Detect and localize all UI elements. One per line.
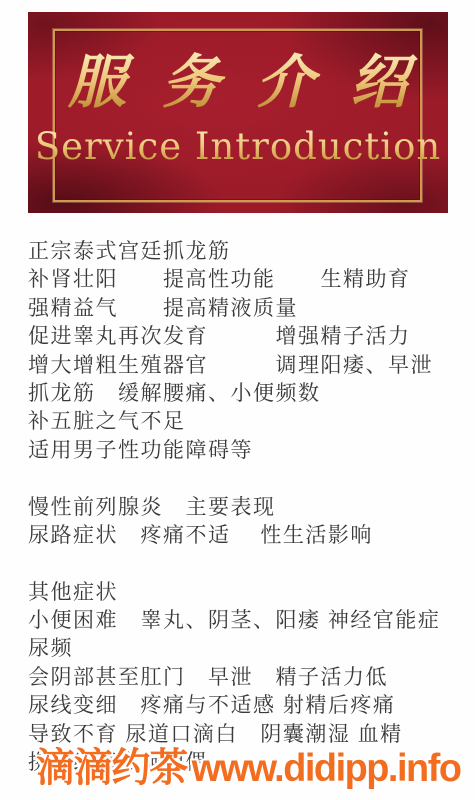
service-text-line: 小便困难 睾丸、阴茎、阳痿 神经官能症 <box>28 607 469 635</box>
banner-title-english: Service Introduction <box>28 126 448 168</box>
service-text-line: 正宗泰式宫廷抓龙筋 <box>28 238 469 266</box>
service-text-line: 抓龙筋 缓解腰痛、小便频数 <box>28 380 469 408</box>
watermark-url-text: www.didipp.info <box>192 747 461 790</box>
service-text-line: 强精益气 提高精液质量 <box>28 295 469 323</box>
service-intro-banner: 服务介绍 Service Introduction <box>28 12 448 213</box>
watermark: 滴滴约茶 www.didipp.info <box>36 744 460 793</box>
service-text-line: 适用男子性功能障碍等 <box>28 437 469 465</box>
banner-title-chinese: 服务介绍 <box>28 50 448 114</box>
service-text-line: 尿频 <box>28 635 469 663</box>
service-text-line: 尿路症状 疼痛不适 性生活影响 <box>28 522 469 550</box>
service-text-line: 其他症状 <box>28 579 469 607</box>
service-text-line: 尿线变细 疼痛与不适感 射精后疼痛 <box>28 692 469 720</box>
service-text-line: 慢性前列腺炎 主要表现 <box>28 494 469 522</box>
service-text-line <box>28 465 469 493</box>
service-text-line: 补肾壮阳 提高性功能 生精助育 <box>28 266 469 294</box>
service-text-line: 促进睾丸再次发育 增强精子活力 <box>28 323 469 351</box>
watermark-brand-text: 滴滴约茶 <box>36 746 187 790</box>
service-text-line: 会阴部甚至肛门 早泄 精子活力低 <box>28 664 469 692</box>
poster-page: 服务介绍 Service Introduction 正宗泰式宫廷抓龙筋补肾壮阳 … <box>0 0 475 800</box>
service-text-line <box>28 550 469 578</box>
service-text-line: 增大增粗生殖器官 调理阳痿、早泄 <box>28 352 469 380</box>
service-description-list: 正宗泰式宫廷抓龙筋补肾壮阳 提高性功能 生精助育强精益气 提高精液质量促进睾丸再… <box>28 238 469 777</box>
service-text-line: 补五脏之气不足 <box>28 408 469 436</box>
